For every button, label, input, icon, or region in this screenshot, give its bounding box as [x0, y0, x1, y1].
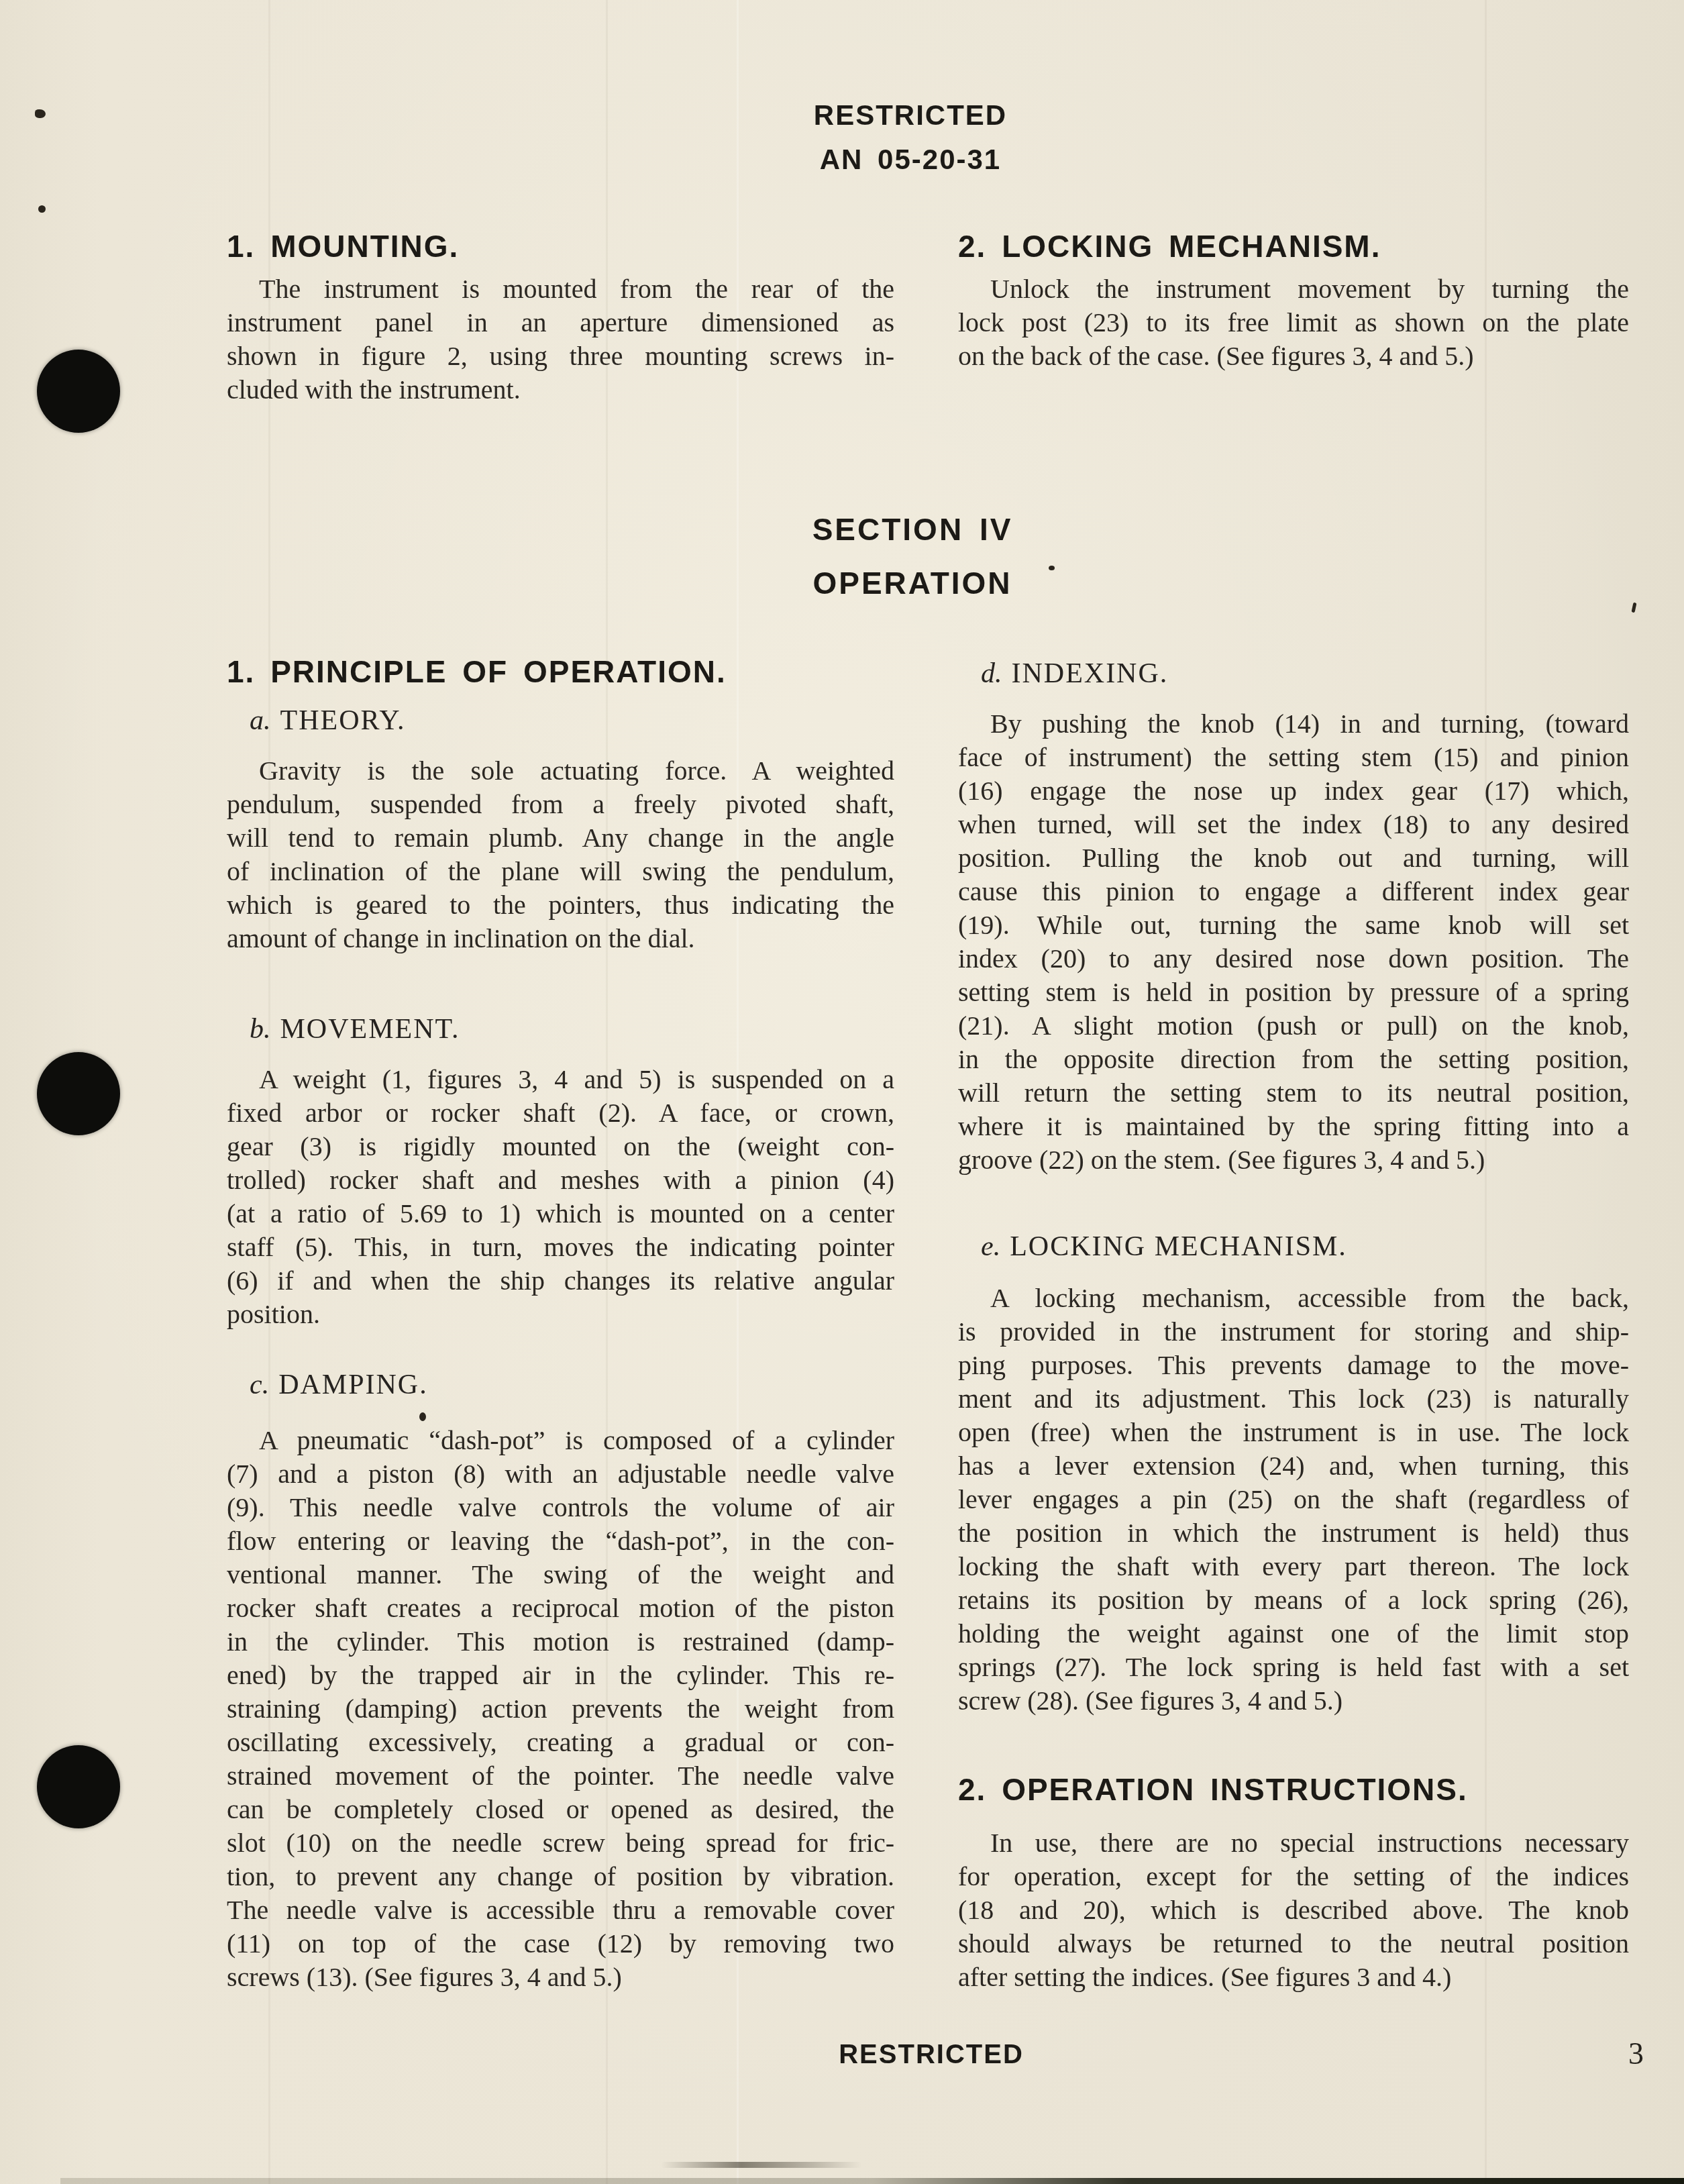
- text-line: The needle valve is accessible thru a re…: [227, 1893, 894, 1927]
- text-line: should always be returned to the neutral…: [958, 1927, 1629, 1961]
- text-line: trolled) rocker shaft and meshes with a …: [227, 1163, 894, 1197]
- scan-smudge: [661, 2162, 862, 2168]
- text-line: In use, there are no special instruction…: [958, 1826, 1629, 1860]
- text-line: position.: [227, 1298, 894, 1331]
- text-line: strained movement of the pointer. The ne…: [227, 1759, 894, 1793]
- theory-paragraph: Gravity is the sole actuating force. A w…: [227, 754, 894, 955]
- scan-edge-shadow: [60, 2178, 1684, 2184]
- text-line: screw (28). (See figures 3, 4 and 5.): [958, 1684, 1629, 1718]
- principle-heading: 1. PRINCIPLE OF OPERATION.: [227, 654, 727, 690]
- text-line: of inclination of the plane will swing t…: [227, 855, 894, 888]
- indexing-paragraph: By pushing the knob (14) in and turning,…: [958, 707, 1629, 1177]
- operation-instructions-heading: 2. OPERATION INSTRUCTIONS.: [958, 1771, 1468, 1808]
- text-line: open (free) when the instrument is in us…: [958, 1416, 1629, 1449]
- text-line: (6) if and when the ship changes its rel…: [227, 1264, 894, 1298]
- text-line: amount of change in inclination on the d…: [227, 922, 894, 955]
- text-line: fixed arbor or rocker shaft (2). A face,…: [227, 1096, 894, 1130]
- text-line: oscillating excessively, creating a grad…: [227, 1726, 894, 1759]
- text-line: tion, to prevent any change of position …: [227, 1860, 894, 1893]
- text-line: The instrument is mounted from the rear …: [227, 272, 894, 306]
- mounting-heading: 1. MOUNTING.: [227, 228, 459, 264]
- text-line: ened) by the trapped air in the cylinder…: [227, 1659, 894, 1692]
- mounting-paragraph: The instrument is mounted from the rear …: [227, 272, 894, 407]
- text-line: (9). This needle valve controls the volu…: [227, 1491, 894, 1524]
- text-line: after setting the indices. (See figures …: [958, 1961, 1629, 1994]
- damping-paragraph: A pneumatic “dash-pot” is composed of a …: [227, 1424, 894, 1994]
- indexing-title: INDEXING.: [1012, 658, 1169, 689]
- footer-classification: RESTRICTED: [730, 2040, 1133, 2070]
- theory-title: THEORY.: [280, 705, 406, 736]
- text-line: for operation, except for the setting of…: [958, 1860, 1629, 1893]
- locking-e-subheading: e.LOCKING MECHANISM.: [958, 1231, 1347, 1263]
- section-title-line2: OPERATION: [711, 565, 1114, 601]
- ink-speck: [1631, 603, 1636, 613]
- text-line: pendulum, suspended from a freely pivote…: [227, 788, 894, 821]
- text-line: when turned, will set the index (18) to …: [958, 808, 1629, 841]
- text-line: springs (27). The lock spring is held fa…: [958, 1651, 1629, 1684]
- text-line: Gravity is the sole actuating force. A w…: [227, 754, 894, 788]
- footer-page-number: 3: [1597, 2036, 1644, 2071]
- punch-hole: [37, 1052, 120, 1135]
- text-line: ventional manner. The swing of the weigh…: [227, 1558, 894, 1592]
- movement-title: MOVEMENT.: [280, 1014, 460, 1045]
- ink-speck: [35, 109, 46, 118]
- text-line: holding the weight against one of the li…: [958, 1617, 1629, 1651]
- text-line: flow entering or leaving the “dash-pot”,…: [227, 1524, 894, 1558]
- text-line: (18 and 20), which is described above. T…: [958, 1893, 1629, 1927]
- damping-letter: c.: [227, 1369, 269, 1400]
- text-line: lever engages a pin (25) on the shaft (r…: [958, 1483, 1629, 1516]
- text-line: position. Pulling the knob out and turni…: [958, 841, 1629, 875]
- text-line: where it is maintained by the spring fit…: [958, 1110, 1629, 1143]
- text-line: will tend to remain plumb. Any change in…: [227, 821, 894, 855]
- text-line: groove (22) on the stem. (See figures 3,…: [958, 1143, 1629, 1177]
- text-line: in the opposite direction from the setti…: [958, 1043, 1629, 1076]
- text-line: face of instrument) the setting stem (15…: [958, 741, 1629, 774]
- indexing-letter: d.: [958, 658, 1002, 689]
- damping-title: DAMPING.: [278, 1369, 428, 1400]
- text-line: A locking mechanism, accessible from the…: [958, 1282, 1629, 1315]
- text-line: (at a ratio of 5.69 to 1) which is mount…: [227, 1197, 894, 1231]
- text-line: index (20) to any desired nose down posi…: [958, 942, 1629, 976]
- locking-e-paragraph: A locking mechanism, accessible from the…: [958, 1282, 1629, 1718]
- text-line: staff (5). This, in turn, moves the indi…: [227, 1231, 894, 1264]
- locking-top-paragraph: Unlock the instrument movement by turnin…: [958, 272, 1629, 373]
- operation-instructions-paragraph: In use, there are no special instruction…: [958, 1826, 1629, 1994]
- text-line: on the back of the case. (See figures 3,…: [958, 340, 1629, 373]
- ink-speck: [419, 1412, 426, 1421]
- text-line: rocker shaft creates a reciprocal motion…: [227, 1592, 894, 1625]
- header-classification: RESTRICTED: [692, 99, 1128, 132]
- text-line: setting stem is held in position by pres…: [958, 976, 1629, 1009]
- indexing-subheading: d.INDEXING.: [958, 658, 1168, 690]
- text-line: instrument panel in an aperture dimensio…: [227, 306, 894, 340]
- ink-speck: [38, 205, 46, 213]
- text-line: can be completely closed or opened as de…: [227, 1793, 894, 1826]
- text-line: A weight (1, figures 3, 4 and 5) is susp…: [227, 1063, 894, 1096]
- locking-top-heading: 2. LOCKING MECHANISM.: [958, 228, 1381, 264]
- text-line: (11) on top of the case (12) by removing…: [227, 1927, 894, 1961]
- text-line: will return the setting stem to its neut…: [958, 1076, 1629, 1110]
- punch-hole: [37, 350, 120, 433]
- text-line: A pneumatic “dash-pot” is composed of a …: [227, 1424, 894, 1457]
- text-line: ping purposes. This prevents damage to t…: [958, 1349, 1629, 1382]
- movement-letter: b.: [227, 1014, 271, 1045]
- text-line: (19). While out, turning the same knob w…: [958, 908, 1629, 942]
- text-line: cause this pinion to engage a different …: [958, 875, 1629, 908]
- text-line: straining (damping) action prevents the …: [227, 1692, 894, 1726]
- punch-hole: [37, 1745, 120, 1828]
- movement-subheading: b.MOVEMENT.: [227, 1013, 460, 1045]
- text-line: By pushing the knob (14) in and turning,…: [958, 707, 1629, 741]
- text-line: screws (13). (See figures 3, 4 and 5.): [227, 1961, 894, 1994]
- text-line: (21). A slight motion (push or pull) on …: [958, 1009, 1629, 1043]
- text-line: Unlock the instrument movement by turnin…: [958, 272, 1629, 306]
- text-line: locking the shaft with every part thereo…: [958, 1550, 1629, 1583]
- text-line: (16) engage the nose up index gear (17) …: [958, 774, 1629, 808]
- text-line: gear (3) is rigidly mounted on the (weig…: [227, 1130, 894, 1163]
- document-page: RESTRICTED AN 05-20-31 1. MOUNTING. The …: [0, 0, 1684, 2184]
- theory-subheading: a.THEORY.: [227, 705, 406, 737]
- movement-paragraph: A weight (1, figures 3, 4 and 5) is susp…: [227, 1063, 894, 1331]
- text-line: the position in which the instrument is …: [958, 1516, 1629, 1550]
- text-line: lock post (23) to its free limit as show…: [958, 306, 1629, 340]
- text-line: shown in figure 2, using three mounting …: [227, 340, 894, 373]
- text-line: cluded with the instrument.: [227, 373, 894, 407]
- text-line: (7) and a piston (8) with an adjustable …: [227, 1457, 894, 1491]
- text-line: which is geared to the pointers, thus in…: [227, 888, 894, 922]
- text-line: in the cylinder. This motion is restrain…: [227, 1625, 894, 1659]
- text-line: is provided in the instrument for storin…: [958, 1315, 1629, 1349]
- header-doc-number: AN 05-20-31: [692, 144, 1128, 176]
- text-line: ment and its adjustment. This lock (23) …: [958, 1382, 1629, 1416]
- text-line: slot (10) on the needle screw being spre…: [227, 1826, 894, 1860]
- section-title-line1: SECTION IV: [711, 511, 1114, 548]
- theory-letter: a.: [227, 705, 271, 736]
- locking-e-letter: e.: [958, 1231, 1000, 1262]
- locking-e-title: LOCKING MECHANISM.: [1010, 1231, 1347, 1262]
- text-line: retains its position by means of a lock …: [958, 1583, 1629, 1617]
- damping-subheading: c.DAMPING.: [227, 1369, 428, 1401]
- text-line: has a lever extension (24) and, when tur…: [958, 1449, 1629, 1483]
